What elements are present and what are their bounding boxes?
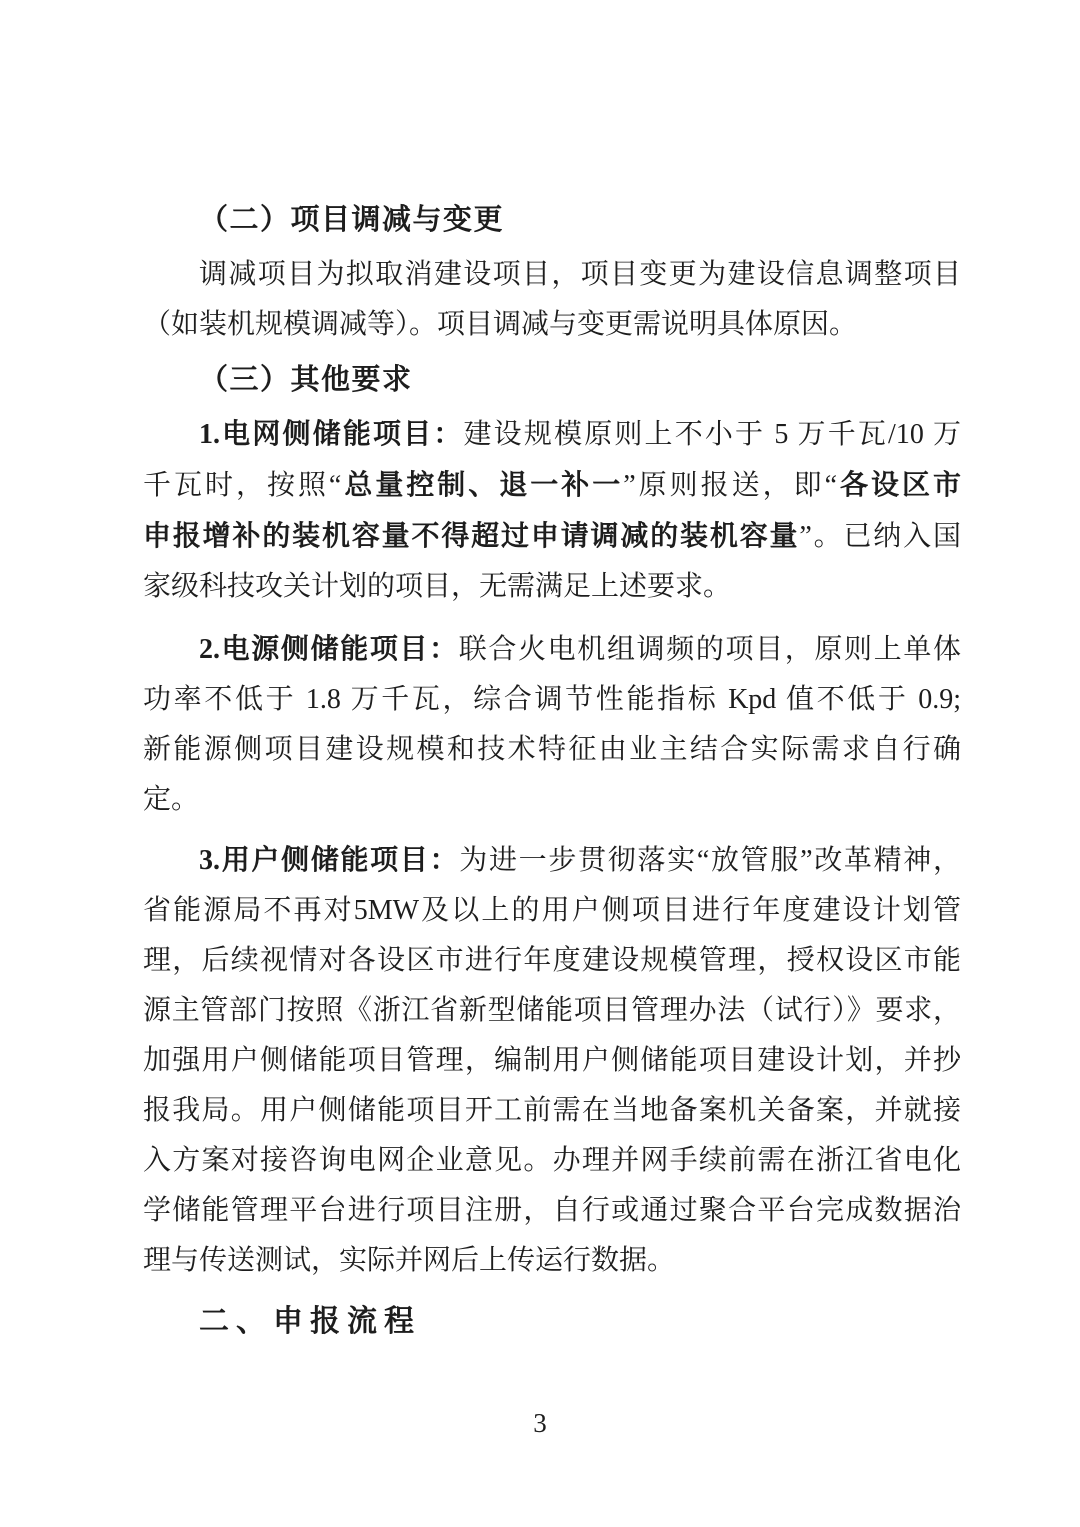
text-line: 学储能管理平台进行项目注册，自行或通过聚合平台完成数据治 [143, 1186, 961, 1236]
text-segment: （三）其他要求 [199, 364, 413, 396]
section-heading: （二）项目调减与变更 [143, 195, 961, 245]
text-segment: 总量控制、退一补一 [341, 469, 623, 500]
text-segment: 省能源局不再对5MW及以上的用户侧项目进行年度建设计划管 [143, 895, 961, 926]
text-line: 新能源侧项目建设规模和技术特征由业主结合实际需求自行确 [143, 725, 961, 775]
text-segment: 入方案对接咨询电网企业意见。办理并网手续前需在浙江省电化 [143, 1145, 961, 1176]
text-paragraph: 3.用户侧储能项目：为进一步贯彻落实“放管服”改革精神，省能源局不再对5MW及以… [143, 836, 961, 1286]
text-segment: 2.电源侧储能项目： [199, 634, 459, 665]
text-segment: 为进一步贯彻落实“放管服”改革精神， [459, 845, 961, 876]
text-line: 源主管部门按照《浙江省新型储能项目管理办法（试行）》要求， [143, 986, 961, 1036]
text-segment: 1.电网侧储能项目： [199, 419, 464, 450]
text-segment: ”。已纳入国 [799, 521, 961, 552]
text-paragraph: 1.电网侧储能项目：建设规模原则上不小于 5 万千瓦/10 万千瓦时，按照“总量… [143, 410, 961, 612]
text-paragraph: 调减项目为拟取消建设项目，项目变更为建设信息调整项目（如装机规模调减等）。项目调… [143, 250, 961, 350]
text-line: （二）项目调减与变更 [143, 195, 961, 245]
text-line: 加强用户侧储能项目管理，编制用户侧储能项目建设计划，并抄 [143, 1036, 961, 1086]
text-line: 家级科技攻关计划的项目，无需满足上述要求。 [143, 562, 961, 612]
text-segment: 3.用户侧储能项目： [199, 845, 459, 876]
text-segment: 报我局。用户侧储能项目开工前需在当地备案机关备案，并就接 [143, 1095, 961, 1126]
text-segment: 源主管部门按照《浙江省新型储能项目管理办法（试行）》要求， [143, 995, 961, 1026]
text-segment: 建设规模原则上不小于 5 万千瓦/10 万 [464, 419, 961, 450]
text-line: 省能源局不再对5MW及以上的用户侧项目进行年度建设计划管 [143, 886, 961, 936]
text-segment: 二、申报流程 [199, 1305, 421, 1338]
text-segment: （如装机规模调减等）。项目调减与变更需说明具体原因。 [143, 309, 857, 340]
text-paragraph: 2.电源侧储能项目：联合火电机组调频的项目，原则上单体功率不低于 1.8 万千瓦… [143, 625, 961, 825]
text-segment: ”原则报送，即“ [623, 470, 837, 501]
document-page: （二）项目调减与变更调减项目为拟取消建设项目，项目变更为建设信息调整项目（如装机… [0, 0, 1080, 1527]
text-segment: 加强用户侧储能项目管理，编制用户侧储能项目建设计划，并抄 [143, 1045, 961, 1076]
text-segment: 理与传送测试，实际并网后上传运行数据。 [143, 1245, 675, 1276]
text-line: （如装机规模调减等）。项目调减与变更需说明具体原因。 [143, 300, 961, 350]
page-number: 3 [0, 1408, 1080, 1439]
text-line: 调减项目为拟取消建设项目，项目变更为建设信息调整项目 [143, 250, 961, 300]
text-line: 千瓦时，按照“总量控制、退一补一”原则报送，即“各设区市 [143, 460, 961, 511]
text-line: 理，后续视情对各设区市进行年度建设规模管理，授权设区市能 [143, 936, 961, 986]
text-segment: 调减项目为拟取消建设项目，项目变更为建设信息调整项目 [199, 259, 961, 290]
text-line: 3.用户侧储能项目：为进一步贯彻落实“放管服”改革精神， [143, 836, 961, 886]
text-line: （三）其他要求 [143, 355, 961, 405]
text-segment: 各设区市 [837, 469, 961, 500]
text-line: 理与传送测试，实际并网后上传运行数据。 [143, 1236, 961, 1286]
document-body: （二）项目调减与变更调减项目为拟取消建设项目，项目变更为建设信息调整项目（如装机… [143, 195, 961, 1347]
text-segment: 联合火电机组调频的项目，原则上单体 [459, 634, 961, 665]
text-segment: 申报增补的装机容量不得超过申请调减的装机容量 [143, 520, 799, 551]
text-line: 申报增补的装机容量不得超过申请调减的装机容量”。已纳入国 [143, 511, 961, 562]
text-segment: （二）项目调减与变更 [199, 204, 504, 236]
text-segment: 理，后续视情对各设区市进行年度建设规模管理，授权设区市能 [143, 945, 961, 976]
text-segment: 功率不低于 1.8 万千瓦，综合调节性能指标 Kpd 值不低于 0.9; [143, 684, 961, 715]
text-segment: 学储能管理平台进行项目注册，自行或通过聚合平台完成数据治 [143, 1195, 961, 1226]
text-segment: 新能源侧项目建设规模和技术特征由业主结合实际需求自行确 [143, 734, 961, 765]
section-heading: （三）其他要求 [143, 355, 961, 405]
text-segment: 千瓦时，按照“ [143, 470, 341, 501]
text-line: 1.电网侧储能项目：建设规模原则上不小于 5 万千瓦/10 万 [143, 410, 961, 460]
text-line: 定。 [143, 775, 961, 825]
text-segment: 定。 [143, 784, 199, 815]
text-line: 功率不低于 1.8 万千瓦，综合调节性能指标 Kpd 值不低于 0.9; [143, 675, 961, 725]
text-line: 二、申报流程 [143, 1297, 961, 1347]
text-line: 2.电源侧储能项目：联合火电机组调频的项目，原则上单体 [143, 625, 961, 675]
text-line: 报我局。用户侧储能项目开工前需在当地备案机关备案，并就接 [143, 1086, 961, 1136]
section-heading: 二、申报流程 [143, 1297, 961, 1347]
text-segment: 家级科技攻关计划的项目，无需满足上述要求。 [143, 571, 731, 602]
text-line: 入方案对接咨询电网企业意见。办理并网手续前需在浙江省电化 [143, 1136, 961, 1186]
